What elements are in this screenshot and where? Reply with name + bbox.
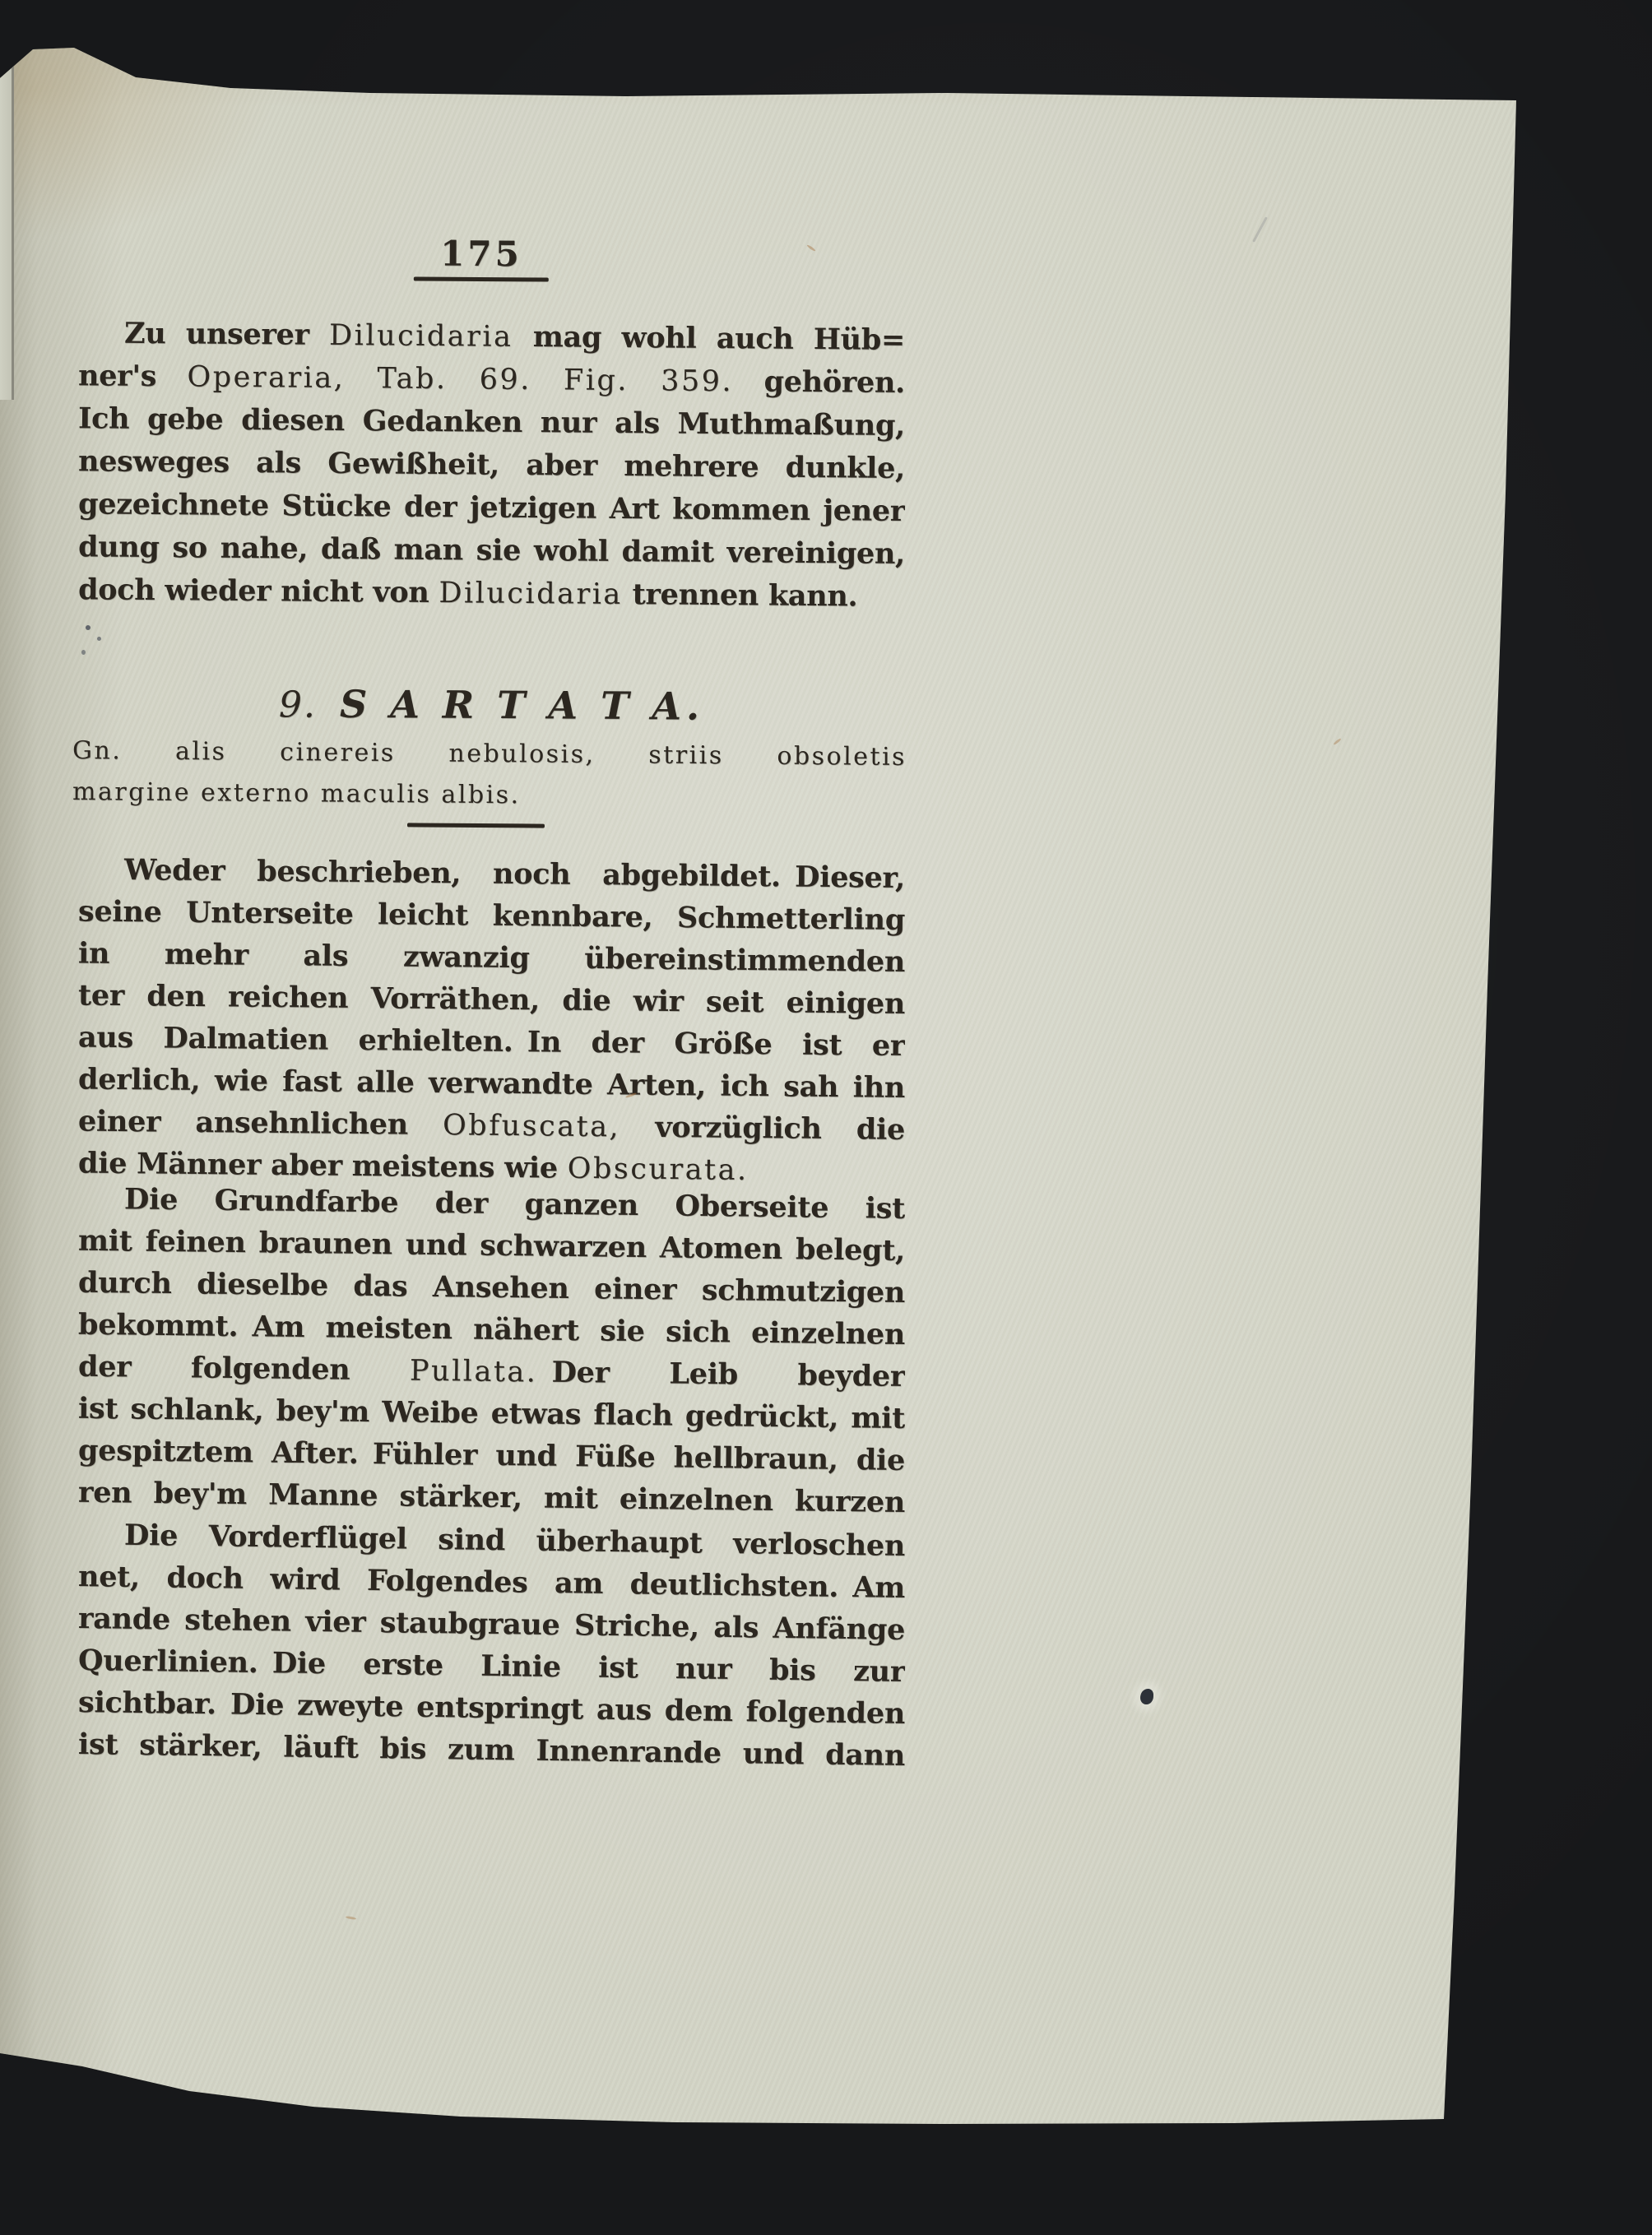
latin-name-text: Pullata.	[410, 1355, 538, 1389]
species-number: 9.	[279, 684, 317, 726]
body-text: dung so nahe, daß man sie wohl damit ver…	[78, 530, 905, 571]
latin-name-text: Dilucidaria	[329, 319, 513, 354]
paper-speck	[86, 625, 90, 630]
ink-blot	[1140, 1689, 1153, 1704]
text-line: nesweges als Gewißheit, aber mehrere dun…	[78, 440, 905, 490]
paragraph-description-1: Weder beschrieben, noch abgebildet. Dies…	[78, 857, 905, 1193]
book-scan: 175 Zu unserer Dilucidaria mag wohl auch…	[0, 0, 1652, 2235]
text-line: ner's Operaria, Tab. 69. Fig. 359. gehör…	[78, 355, 905, 405]
paragraph-description-2: Die Grundfarbe der ganzen Oberseite ist …	[78, 1188, 905, 1523]
page-number: 175	[387, 233, 576, 275]
species-name: S A R T A T A.	[340, 682, 704, 729]
latin-name-text: Dilucidaria	[439, 577, 623, 611]
body-text: mag wohl auch Hüb=	[513, 320, 905, 357]
latin-name-text: margine externo maculis albis.	[72, 777, 521, 809]
paper-speck	[97, 637, 101, 641]
paper-fiber	[806, 244, 816, 252]
text-line: Gn. alis cinereis nebulosis, striis obso…	[72, 730, 907, 778]
body-text: doch wieder nicht von	[78, 573, 439, 610]
text-line: doch wieder nicht von Dilucidaria trenne…	[78, 568, 905, 619]
body-text: einer ansehnlichen	[78, 1104, 443, 1142]
body-text: gehören.	[733, 364, 905, 400]
paper-fiber	[1252, 216, 1268, 242]
latin-name-text: Obfuscata,	[443, 1109, 621, 1143]
paper-speck	[81, 650, 86, 655]
paragraph-dilucidaria-note: Zu unserer Dilucidaria mag wohl auch Hüb…	[78, 319, 905, 619]
body-text: trennen kann.	[623, 577, 858, 613]
latin-name-text: Operaria, Tab. 69. Fig. 359.	[187, 360, 733, 398]
text-line: gezeichnete Stücke der jetzigen Art komm…	[78, 483, 905, 533]
species-heading: 9.S A R T A T A.	[78, 680, 905, 730]
book-page: 175 Zu unserer Dilucidaria mag wohl auch…	[0, 0, 1652, 2235]
page-number-block: 175	[387, 233, 576, 282]
latin-diagnosis: Gn. alis cinereis nebulosis, striis obso…	[72, 737, 907, 819]
paragraph-forewings: Die Vorderflügel sind überhaupt verlosch…	[78, 1525, 905, 1777]
separator-rule	[407, 823, 545, 828]
body-text: der folgenden	[78, 1350, 410, 1388]
body-text: ist stärker, läuft bis zum Innenrande un…	[78, 1727, 906, 1777]
scan-corner-artifact	[0, 0, 35, 21]
text-line: margine externo maculis albis.	[72, 772, 907, 819]
body-text: Zu unserer	[124, 317, 329, 352]
text-line: Zu unserer Dilucidaria mag wohl auch Hüb…	[78, 312, 905, 362]
latin-name-text: Obscurata.	[568, 1152, 749, 1187]
body-text: ner's	[78, 359, 188, 393]
previous-page-edge	[0, 46, 14, 400]
paper-fiber	[1333, 738, 1341, 745]
text-line: dung so nahe, daß man sie wohl damit ver…	[78, 526, 905, 576]
text-line: Ich gebe diesen Gedanken nur als Muthmaß…	[78, 397, 905, 447]
paper-fiber	[346, 1916, 356, 1920]
page-number-rule	[414, 276, 549, 281]
